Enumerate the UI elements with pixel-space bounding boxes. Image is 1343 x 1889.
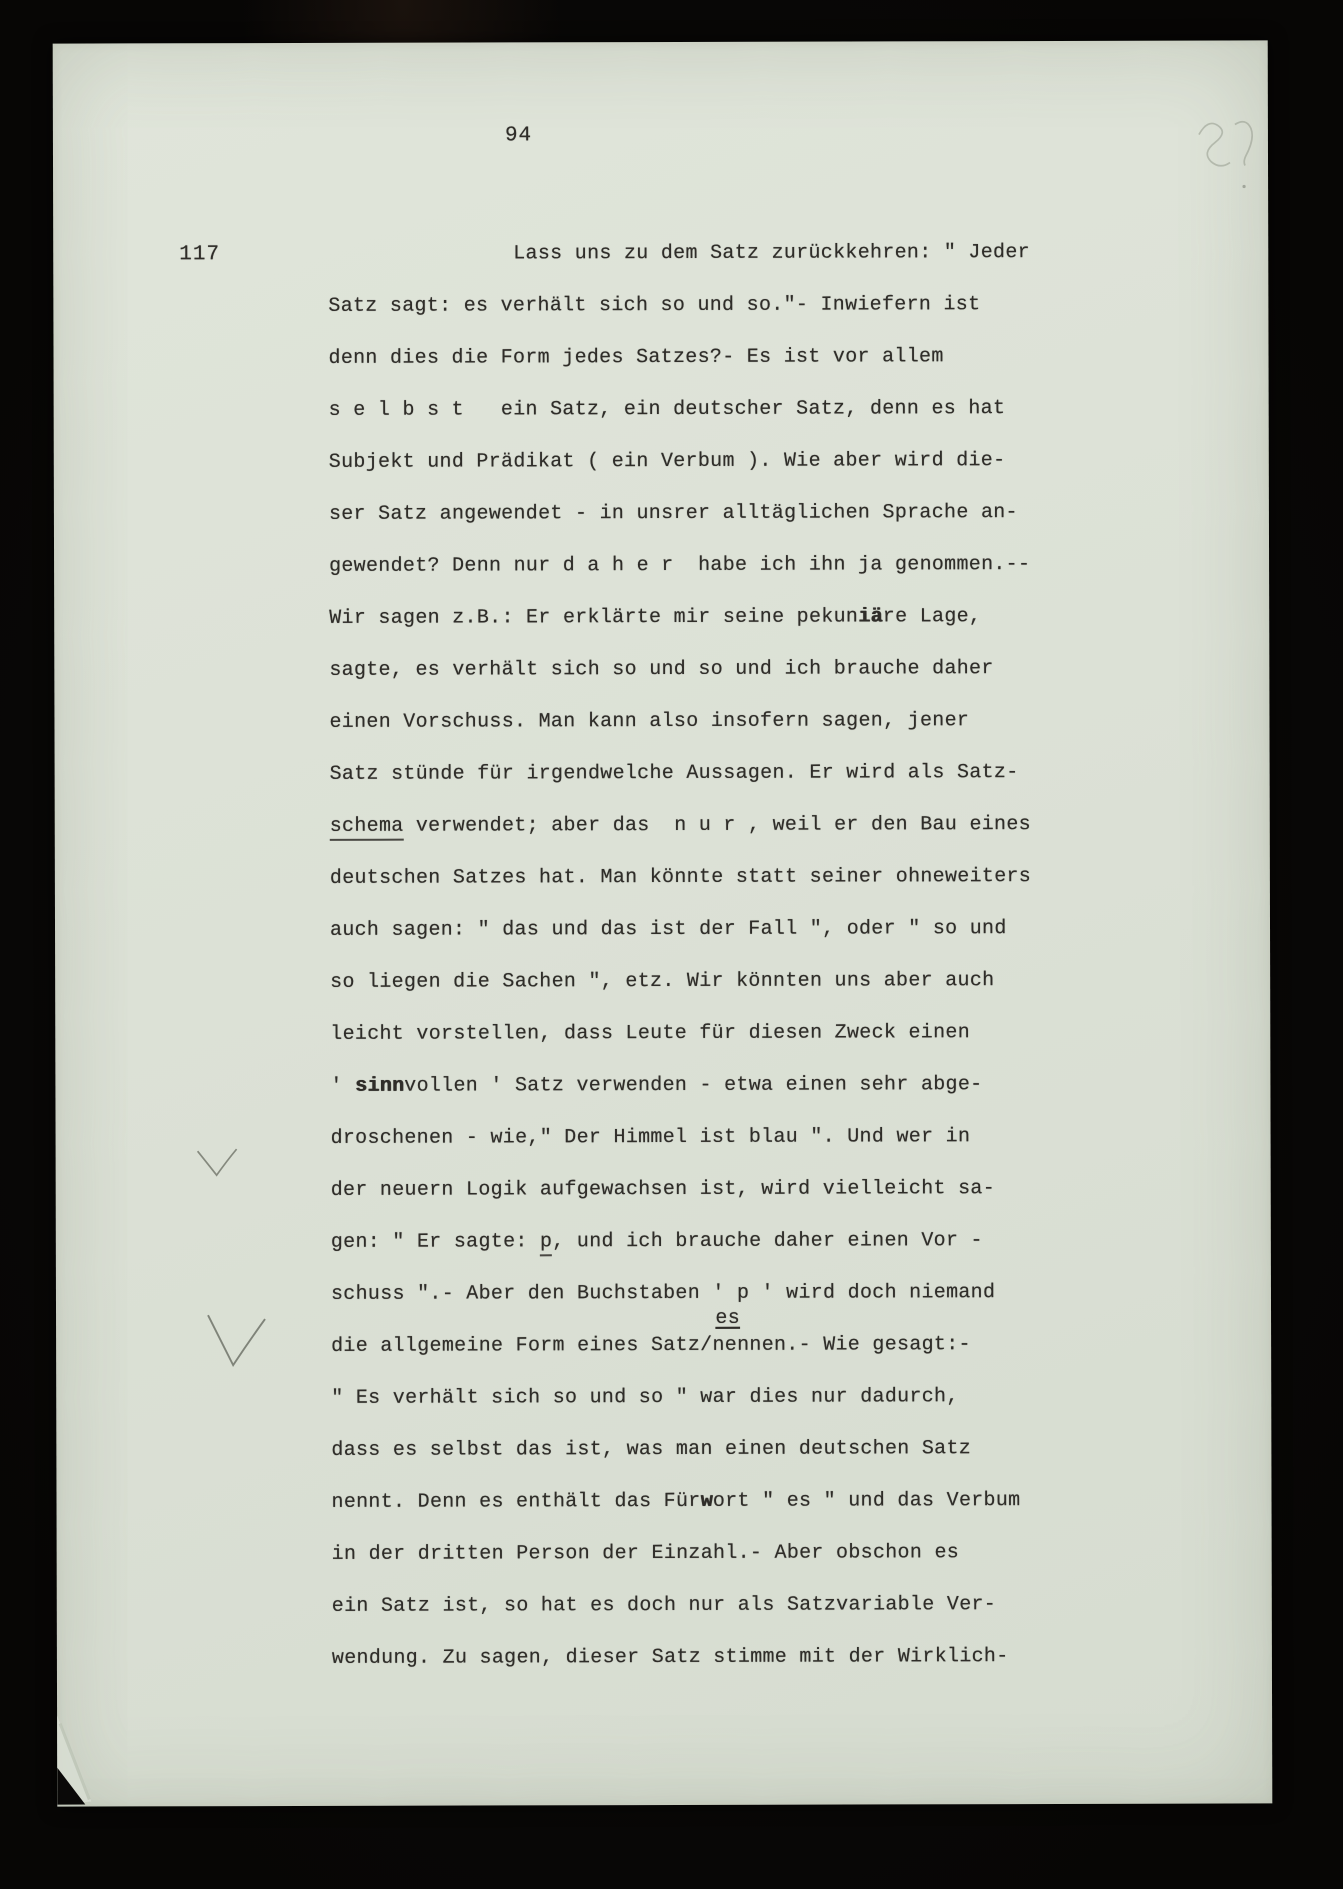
typescript-line: gewendet? Denn nur d a h e r habe ich ih… <box>329 539 1109 593</box>
typescript-line: " Es verhält sich so und so " war dies n… <box>331 1371 1111 1425</box>
typescript-line: Subjekt und Prädikat ( ein Verbum ). Wie… <box>329 435 1109 489</box>
typescript-text: Lass uns zu dem Satz zurückkehren: " Jed… <box>328 227 1112 1685</box>
typescript-line: einen Vorschuss. Man kann also insofern … <box>329 695 1109 749</box>
typescript-line: deutschen Satzes hat. Man könnte statt s… <box>330 851 1110 905</box>
typescript-line: nennt. Denn es enthält das Fürwort " es … <box>331 1475 1111 1529</box>
typescript-line: schema verwendet; aber das n u r , weil … <box>330 799 1110 853</box>
typescript-line: auch sagen: " das und das ist der Fall "… <box>330 903 1110 957</box>
typescript-line: sagte, es verhält sich so und so und ich… <box>329 643 1109 697</box>
typescript-line: leicht vorstellen, dass Leute für diesen… <box>330 1007 1110 1061</box>
page-number: 94 <box>505 124 532 147</box>
typescript-line: wendung. Zu sagen, dieser Satz stimme mi… <box>332 1631 1112 1685</box>
check-mark-icon <box>198 1149 237 1175</box>
typescript-line: droschenen - wie," Der Himmel ist blau "… <box>330 1111 1110 1165</box>
check-mark-icon <box>208 1315 265 1365</box>
folded-corner <box>57 1715 91 1804</box>
remark-number: 117 <box>179 243 220 266</box>
typescript-line: Satz sagt: es verhält sich so und so."- … <box>328 279 1108 333</box>
photographed-typescript: 94 117 Lass uns zu dem Satz zurückkehren… <box>0 0 1343 1889</box>
typescript-line: ein Satz ist, so hat es doch nur als Sat… <box>332 1579 1112 1633</box>
typescript-page: 94 117 Lass uns zu dem Satz zurückkehren… <box>53 40 1273 1806</box>
typescript-line: gen: " Er sagte: p, und ich brauche dahe… <box>331 1215 1111 1269</box>
typescript-line: die allgemeine Form eines Satz/esnennen.… <box>331 1319 1111 1373</box>
typescript-line: ser Satz angewendet - in unsrer alltägli… <box>329 487 1109 541</box>
pencil-scribble <box>1199 122 1252 188</box>
typescript-line: der neuern Logik aufgewachsen ist, wird … <box>331 1163 1111 1217</box>
typescript-line: Wir sagen z.B.: Er erklärte mir seine pe… <box>329 591 1109 645</box>
typescript-line: in der dritten Person der Einzahl.- Aber… <box>332 1527 1112 1581</box>
typescript-line: ' sinnvollen ' Satz verwenden - etwa ein… <box>330 1059 1110 1113</box>
typescript-line: so liegen die Sachen ", etz. Wir könnten… <box>330 955 1110 1009</box>
typescript-line: s e l b s t ein Satz, ein deutscher Satz… <box>329 383 1109 437</box>
typescript-line: dass es selbst das ist, was man einen de… <box>331 1423 1111 1477</box>
typescript-line: denn dies die Form jedes Satzes?- Es ist… <box>328 331 1108 385</box>
typescript-line: Satz stünde für irgendwelche Aussagen. E… <box>330 747 1110 801</box>
typescript-line: Lass uns zu dem Satz zurückkehren: " Jed… <box>328 227 1108 281</box>
